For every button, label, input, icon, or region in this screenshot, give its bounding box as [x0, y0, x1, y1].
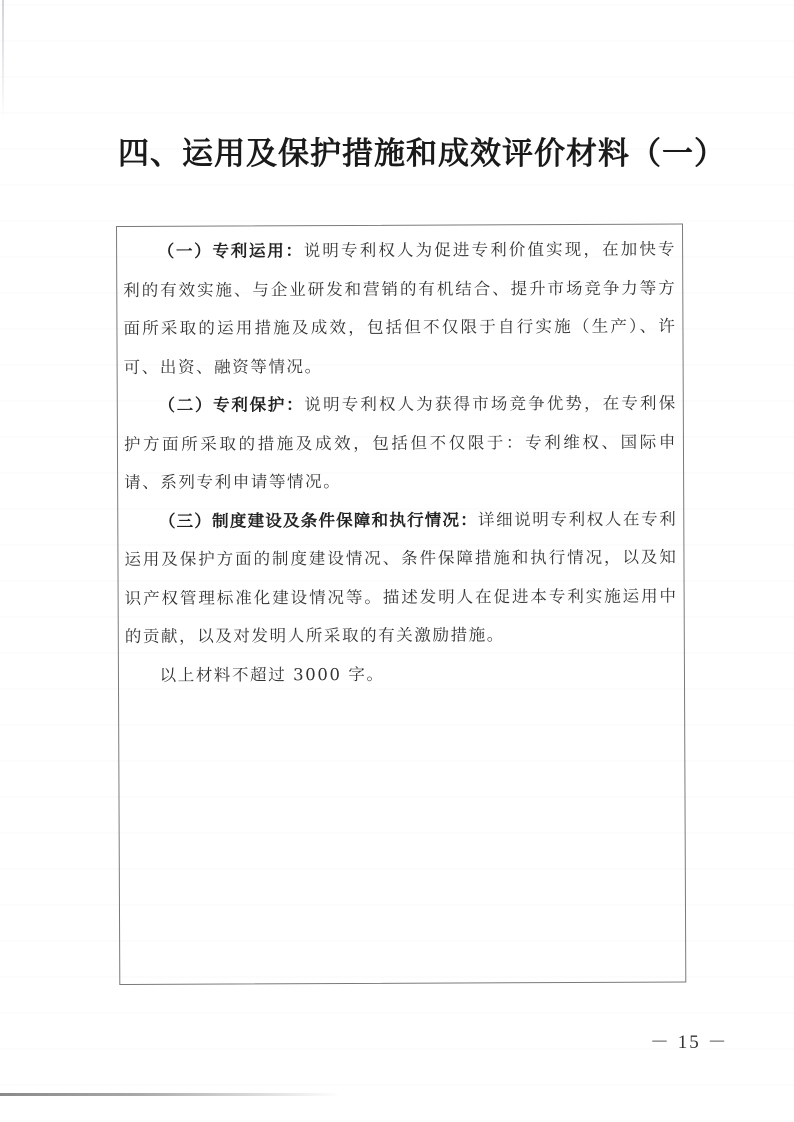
- section-heading: （二）专利保护：: [158, 395, 304, 415]
- scan-bottom-edge: [0, 1093, 340, 1096]
- content-text: （一）专利运用：说明专利权人为促进专利价值实现，在加快专利的有效实施、与企业研发…: [123, 231, 678, 695]
- content-box: （一）专利运用：说明专利权人为促进专利价值实现，在加快专利的有效实施、与企业研发…: [116, 224, 686, 985]
- section-patent-use: （一）专利运用：说明专利权人为促进专利价值实现，在加快专利的有效实施、与企业研发…: [123, 231, 677, 387]
- scan-left-edge: [2, 0, 4, 120]
- word-limit-note: 以上材料不超过 3000 字。: [125, 654, 678, 695]
- section-institution-building: （三）制度建设及条件保障和执行情况：详细说明专利权人在专利运用及保护方面的制度建…: [124, 500, 678, 656]
- section-heading: （三）制度建设及条件保障和执行情况：: [159, 510, 478, 530]
- section-patent-protection: （二）专利保护：说明专利权人为获得市场竞争优势，在专利保护方面所采取的措施及成效…: [124, 385, 677, 503]
- page-number: － 15 －: [650, 1027, 729, 1054]
- section-heading: （一）专利运用：: [158, 241, 304, 261]
- page-title: 四、运用及保护措施和成效评价材料（一）: [118, 128, 718, 173]
